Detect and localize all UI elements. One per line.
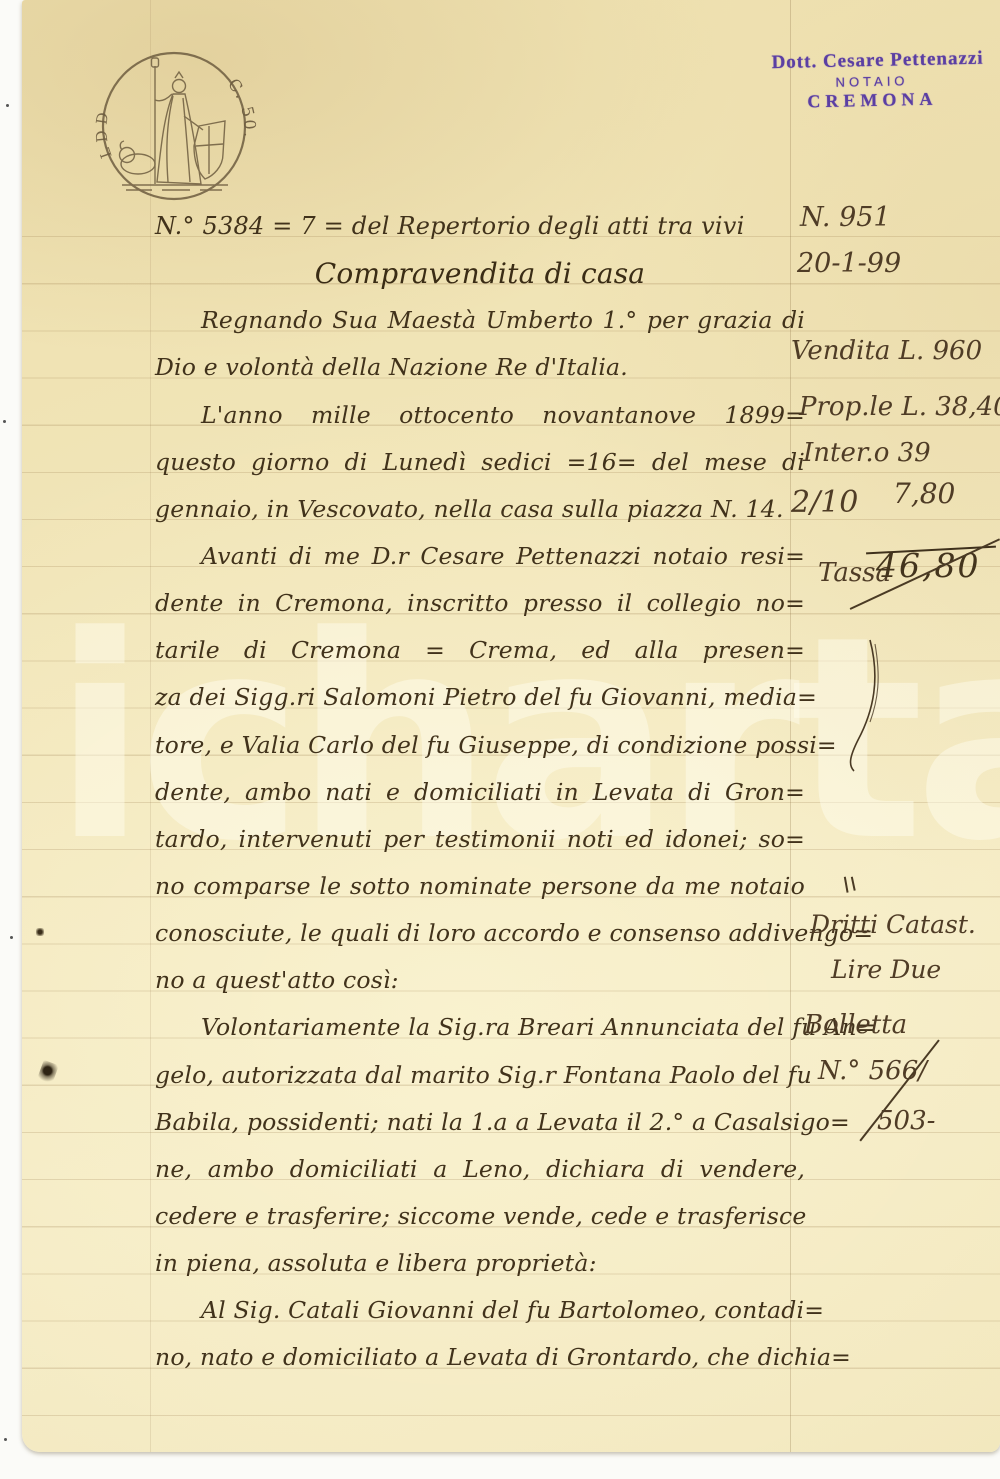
manuscript-line: tardo, intervenuti per testimonii noti e… xyxy=(155,816,805,863)
repertory-line: N.° 5384 = 7 = del Repertorio degli atti… xyxy=(155,203,805,250)
margin-receipt-number-2: 503- xyxy=(877,1106,935,1136)
margin-receipt-number: N.° 566/ xyxy=(818,1056,927,1086)
seal-left-arc-text: L D D xyxy=(92,111,115,161)
margin-act-number: N. 951 xyxy=(800,202,891,233)
manuscript-line: tore, e Valia Carlo del fu Giuseppe, di … xyxy=(155,722,805,769)
manuscript-line: Regnando Sua Maestà Umberto 1.° per graz… xyxy=(155,297,805,344)
svg-text:L D D: L D D xyxy=(92,111,115,161)
margin-price: Vendita L. 960 xyxy=(791,336,982,366)
margin-fraction: 2/10 xyxy=(791,485,858,520)
manuscript-line: questo giorno di Lunedì sedici =16= del … xyxy=(155,439,805,486)
scan-speck xyxy=(4,1438,7,1441)
notary-ink-stamp: Dott. Cesare Pettenazzi NOTAIO CREMONA xyxy=(771,48,972,113)
stamp-notary-name: Dott. Cesare Pettenazzi xyxy=(771,48,971,74)
manuscript-line: L'anno mille ottocento novantanove 1899= xyxy=(155,392,805,439)
document-title: Compravendita di casa xyxy=(155,250,805,297)
manuscript-line: Babila, possidenti; nati la 1.a a Levata… xyxy=(155,1099,805,1146)
manuscript-line: dente in Cremona, inscritto presso il co… xyxy=(155,580,805,627)
ink-blot xyxy=(36,928,44,936)
margin-receipt-label: Bolletta xyxy=(804,1010,907,1040)
manuscript-line: Volontariamente la Sig.ra Breari Annunci… xyxy=(155,1004,805,1051)
scanned-document: icharta xyxy=(0,0,1000,1479)
manuscript: N.° 5384 = 7 = del Repertorio degli atti… xyxy=(155,203,805,1382)
manuscript-line: no comparse le sotto nominate persone da… xyxy=(155,863,805,910)
margin-cadastral-fees: Dritti Catast. xyxy=(810,910,976,939)
manuscript-line: Dio e volontà della Nazione Re d'Italia. xyxy=(155,344,805,391)
margin-rounded-tax: Inter.o 39 xyxy=(803,438,931,468)
manuscript-line: gennaio, in Vescovato, nella casa sulla … xyxy=(155,486,805,533)
manuscript-line: gelo, autorizzata dal marito Sig.r Fonta… xyxy=(155,1052,805,1099)
scan-speck xyxy=(6,104,9,107)
margin-tax-total: 46,80 xyxy=(876,546,980,585)
pen-flourish xyxy=(838,638,898,773)
stamp-city: CREMONA xyxy=(772,88,972,113)
manuscript-line: no a quest'atto così: xyxy=(155,957,805,1004)
manuscript-line: tarile di Cremona = Crema, ed alla prese… xyxy=(155,627,805,674)
manuscript-line: no, nato e domiciliato a Levata di Gront… xyxy=(155,1334,805,1381)
manuscript-line: Al Sig. Catali Giovanni del fu Bartolome… xyxy=(155,1287,805,1334)
manuscript-line: dente, ambo nati e domiciliati in Levata… xyxy=(155,769,805,816)
margin-cadastral-amount: Lire Due xyxy=(831,955,941,984)
manuscript-line: za dei Sigg.ri Salomoni Pietro del fu Gi… xyxy=(155,674,805,721)
scan-speck xyxy=(3,420,6,423)
embossed-revenue-seal-icon: L D D C. 50. xyxy=(86,34,262,218)
manuscript-line: Avanti di me D.r Cesare Pettenazzi notai… xyxy=(155,533,805,580)
manuscript-line: ne, ambo domiciliati a Leno, dichiara di… xyxy=(155,1146,805,1193)
margin-act-date: 20-1-99 xyxy=(797,248,901,279)
manuscript-line: in piena, assoluta e libera proprietà: xyxy=(155,1240,805,1287)
margin-proportional-tax: Prop.le L. 38,40 xyxy=(799,392,1000,422)
scan-speck xyxy=(10,936,13,939)
manuscript-line: conosciute, le quali di loro accordo e c… xyxy=(155,910,805,957)
manuscript-line: cedere e trasferire; siccome vende, cede… xyxy=(155,1193,805,1240)
margin-fraction-amount: 7,80 xyxy=(893,477,955,510)
